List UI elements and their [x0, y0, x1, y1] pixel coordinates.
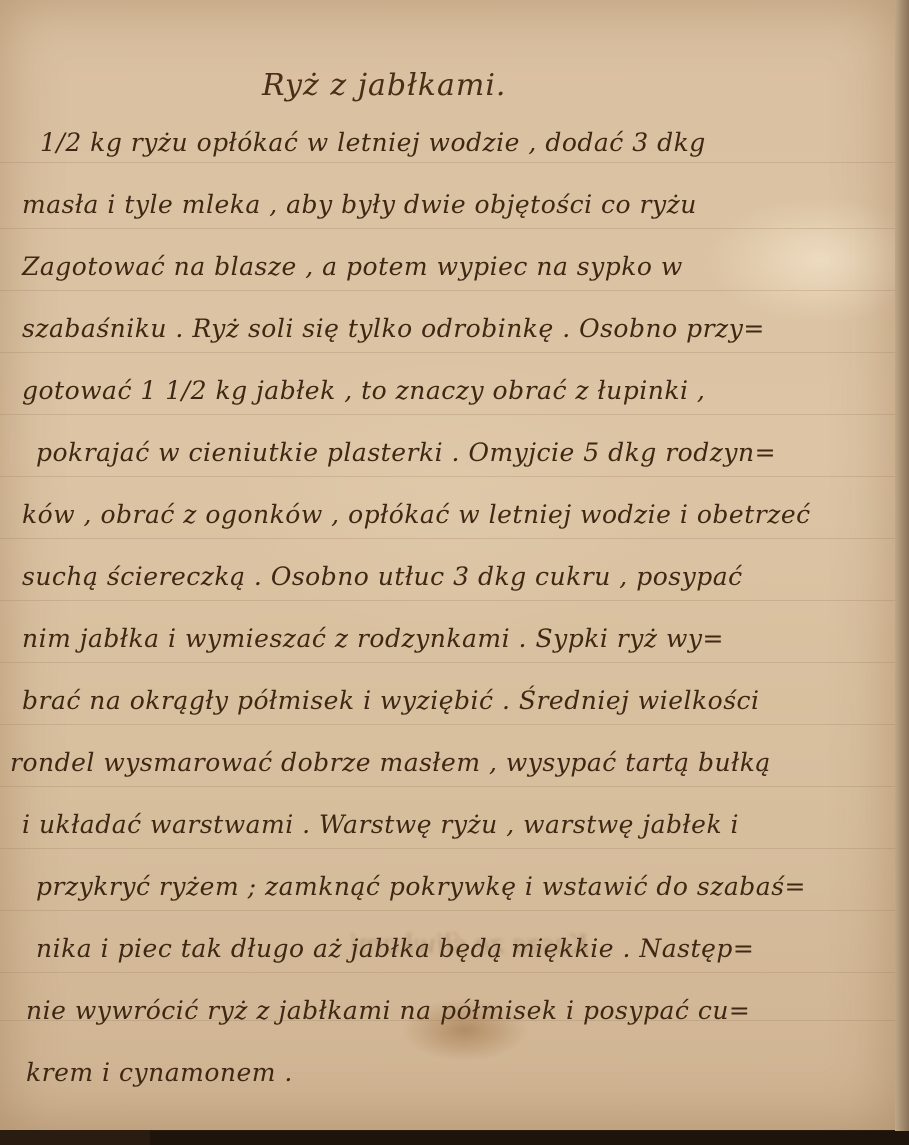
background-surface — [150, 1131, 909, 1145]
text-line: masła i tyle mleka , aby były dwie objęt… — [22, 190, 697, 219]
text-line: nika i piec tak długo aż jabłka będą mię… — [36, 934, 754, 963]
text-line: przykryć ryżem ; zamknąć pokrywkę i wsta… — [36, 872, 806, 901]
text-line: gotować 1 1/2 kg jabłek , to znaczy obra… — [22, 376, 705, 405]
text-line: i układać warstwami . Warstwę ryżu , war… — [22, 810, 739, 839]
ruled-line — [0, 162, 895, 163]
text-line: 1/2 kg ryżu opłókać w letniej wodzie , d… — [40, 128, 706, 157]
text-line: pokrajać w cieniutkie plasterki . Omyjci… — [36, 438, 776, 467]
ruled-line — [0, 786, 895, 787]
text-line: szabaśniku . Ryż soli się tylko odrobink… — [22, 314, 765, 343]
recipe-title: Ryż z jabłkami. — [262, 68, 506, 103]
ruled-line — [0, 600, 895, 601]
text-line: nie wywrócić ryż z jabłkami na półmisek … — [26, 996, 750, 1025]
ruled-line — [0, 414, 895, 415]
ruled-line — [0, 910, 895, 911]
paper-page: Kasza ze śliwkami Ryż z jabłkami. 1/2 kg… — [0, 0, 895, 1130]
text-line: suchą ściereczką . Osobno utłuc 3 dkg cu… — [22, 562, 743, 591]
ruled-line — [0, 352, 895, 353]
ruled-line — [0, 724, 895, 725]
text-line: rondel wysmarować dobrze masłem , wysypa… — [10, 748, 771, 777]
ruled-line — [0, 972, 895, 973]
text-line: krem i cynamonem . — [26, 1058, 293, 1087]
text-line: nim jabłka i wymieszać z rodzynkami . Sy… — [22, 624, 724, 653]
ruled-line — [0, 228, 895, 229]
text-line: brać na okrągły półmisek i wyziębić . Śr… — [22, 686, 760, 715]
ruled-line — [0, 662, 895, 663]
page-edge — [895, 0, 909, 1145]
ruled-line — [0, 290, 895, 291]
text-line: Zagotować na blasze , a potem wypiec na … — [22, 252, 683, 281]
ruled-line — [0, 538, 895, 539]
text-line: ków , obrać z ogonków , opłókać w letnie… — [22, 500, 811, 529]
ruled-line — [0, 476, 895, 477]
ruled-line — [0, 848, 895, 849]
